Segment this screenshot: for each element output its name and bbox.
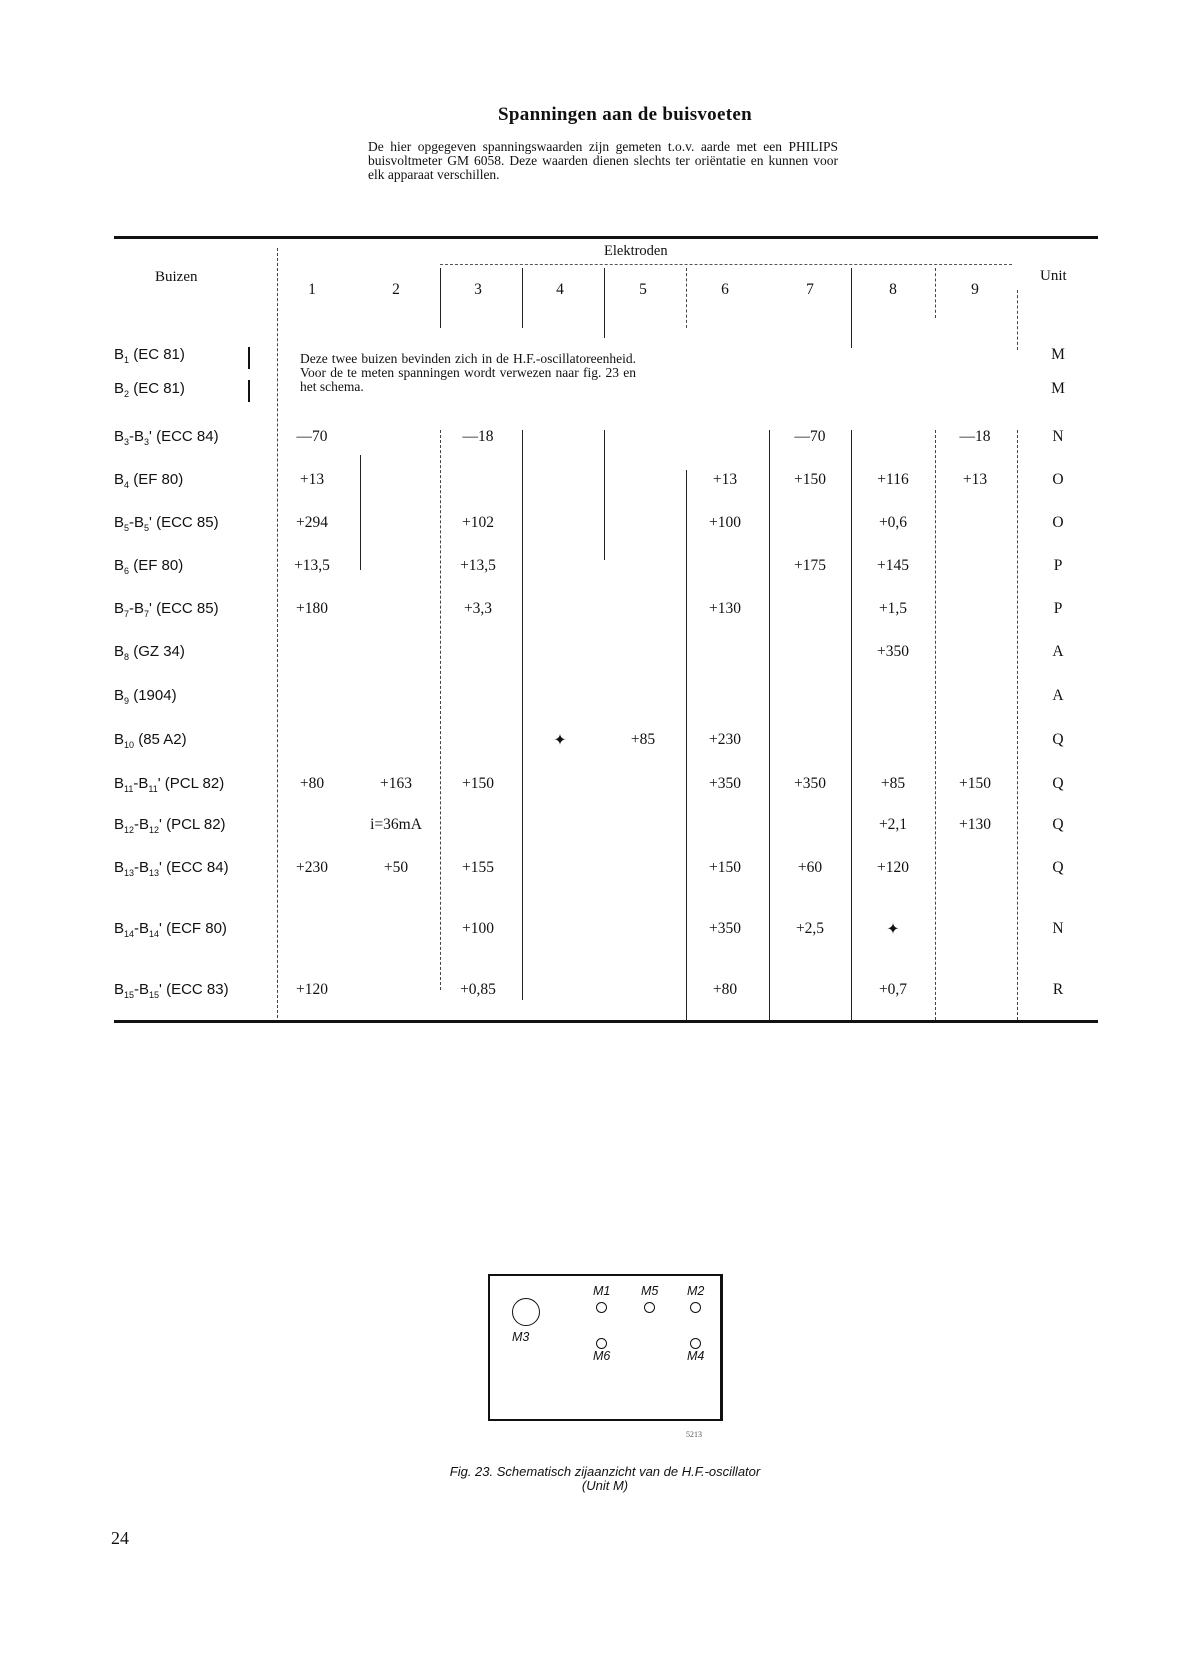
- tube-label: B6 (EF 80): [114, 557, 264, 576]
- voltage-cell: —18: [443, 428, 513, 446]
- body-col-sep: [935, 430, 936, 1020]
- unit-cell: P: [1030, 557, 1086, 575]
- unit-cell: Q: [1030, 775, 1086, 793]
- voltage-cell: +13,5: [443, 557, 513, 575]
- voltage-cell: +145: [858, 557, 928, 575]
- tube-label: B2 (EC 81): [114, 380, 264, 399]
- tube-label: B11-B11' (PCL 82): [114, 775, 264, 794]
- voltage-cell: +13: [277, 471, 347, 489]
- voltage-cell: +294: [277, 514, 347, 532]
- voltage-cell: +150: [443, 775, 513, 793]
- tube-label: B12-B12' (PCL 82): [114, 816, 264, 835]
- unit-cell: M: [1030, 346, 1086, 364]
- label-m3: M3: [512, 1330, 529, 1344]
- voltage-cell: +120: [858, 859, 928, 877]
- m3-socket: [512, 1298, 540, 1326]
- electrodes-divider: [440, 264, 1012, 265]
- oscillator-note: Deze twee buizen bevinden zich in de H.F…: [300, 352, 636, 394]
- col-sep: [522, 268, 523, 328]
- voltage-cell: +13,5: [277, 557, 347, 575]
- voltage-cell: +1,5: [858, 600, 928, 618]
- unit-cell: A: [1030, 643, 1086, 661]
- header-unit: Unit: [1040, 268, 1067, 285]
- voltage-cell: +150: [690, 859, 760, 877]
- tube-label: B10 (85 A2): [114, 731, 264, 750]
- body-col-sep: [360, 455, 361, 570]
- figure-caption: Fig. 23. Schematisch zijaanzicht van de …: [440, 1465, 770, 1493]
- unit-cell: O: [1030, 514, 1086, 532]
- header-tubes: Buizen: [155, 269, 198, 286]
- body-col-sep: [851, 430, 852, 1020]
- voltage-cell: +350: [690, 920, 760, 938]
- voltage-cell: +163: [361, 775, 431, 793]
- label-m1: M1: [593, 1284, 610, 1298]
- voltage-cell: +60: [775, 859, 845, 877]
- electrode-header-9: 9: [940, 281, 1010, 299]
- voltage-cell: +102: [443, 514, 513, 532]
- voltage-cell: +85: [608, 731, 678, 749]
- electrode-header-4: 4: [525, 281, 595, 299]
- voltage-cell: —70: [277, 428, 347, 446]
- voltage-cell: —70: [775, 428, 845, 446]
- voltage-cell: +130: [690, 600, 760, 618]
- voltage-cell: +350: [775, 775, 845, 793]
- unit-cell: R: [1030, 981, 1086, 999]
- tube-label: B9 (1904): [114, 687, 264, 706]
- unit-cell: N: [1030, 428, 1086, 446]
- m2-point: [690, 1302, 701, 1313]
- m1-point: [596, 1302, 607, 1313]
- voltage-cell: +230: [690, 731, 760, 749]
- voltage-cell: i=36mA: [361, 816, 431, 834]
- tube-label: B4 (EF 80): [114, 471, 264, 490]
- m4-point: [690, 1338, 701, 1349]
- label-m5: M5: [641, 1284, 658, 1298]
- voltage-cell: +0,7: [858, 981, 928, 999]
- voltage-cell: +13: [940, 471, 1010, 489]
- unit-cell: M: [1030, 380, 1086, 398]
- voltage-cell: +3,3: [443, 600, 513, 618]
- voltage-cell: +50: [361, 859, 431, 877]
- figure-code: 5213: [686, 1430, 702, 1439]
- voltage-cell: ✦: [858, 920, 928, 939]
- voltage-cell: +120: [277, 981, 347, 999]
- body-col-sep: [686, 470, 687, 1020]
- col-sep: [686, 268, 687, 328]
- voltage-cell: +0,6: [858, 514, 928, 532]
- voltage-cell: +80: [277, 775, 347, 793]
- col-sep: [604, 268, 605, 338]
- electrode-header-6: 6: [690, 281, 760, 299]
- header-electrodes: Elektroden: [604, 243, 668, 260]
- voltage-cell: +150: [940, 775, 1010, 793]
- tube-label: B14-B14' (ECF 80): [114, 920, 264, 939]
- label-m2: M2: [687, 1284, 704, 1298]
- tube-label: B3-B3' (ECC 84): [114, 428, 264, 447]
- voltage-cell: —18: [940, 428, 1010, 446]
- intro-text: De hier opgegeven spanningswaarden zijn …: [368, 140, 838, 182]
- table-top-rule: [114, 236, 1098, 239]
- voltage-cell: +350: [690, 775, 760, 793]
- voltage-cell: +116: [858, 471, 928, 489]
- label-m6: M6: [593, 1349, 610, 1363]
- intro-paragraph: De hier opgegeven spanningswaarden zijn …: [368, 140, 838, 182]
- unit-cell: Q: [1030, 731, 1086, 749]
- electrode-header-1: 1: [277, 281, 347, 299]
- voltage-cell: +100: [690, 514, 760, 532]
- voltage-cell: +155: [443, 859, 513, 877]
- electrode-header-2: 2: [361, 281, 431, 299]
- voltage-cell: +85: [858, 775, 928, 793]
- voltage-cell: +13: [690, 471, 760, 489]
- tube-label: B5-B5' (ECC 85): [114, 514, 264, 533]
- voltage-cell: +350: [858, 643, 928, 661]
- voltage-cell: +2,5: [775, 920, 845, 938]
- oscillator-diagram: M3 M1 M5 M2 M6 M4: [488, 1274, 723, 1421]
- voltage-cell: +0,85: [443, 981, 513, 999]
- body-col-sep: [440, 430, 441, 990]
- voltage-cell: +175: [775, 557, 845, 575]
- tube-label: B7-B7' (ECC 85): [114, 600, 264, 619]
- col-sep: [1017, 290, 1018, 350]
- col-sep: [851, 268, 852, 348]
- unit-cell: A: [1030, 687, 1086, 705]
- col-sep: [935, 268, 936, 318]
- voltage-cell: +100: [443, 920, 513, 938]
- electrode-header-7: 7: [775, 281, 845, 299]
- tube-column-separator: [277, 248, 278, 1018]
- voltage-cell: +230: [277, 859, 347, 877]
- unit-cell: N: [1030, 920, 1086, 938]
- unit-cell: O: [1030, 471, 1086, 489]
- voltage-cell: +2,1: [858, 816, 928, 834]
- electrode-header-5: 5: [608, 281, 678, 299]
- body-col-sep: [769, 430, 770, 1020]
- body-col-sep: [522, 430, 523, 1000]
- body-col-sep: [1017, 430, 1018, 1020]
- electrode-header-3: 3: [443, 281, 513, 299]
- voltage-cell: +80: [690, 981, 760, 999]
- voltage-cell: +130: [940, 816, 1010, 834]
- voltage-cell: +150: [775, 471, 845, 489]
- electrode-header-8: 8: [858, 281, 928, 299]
- voltage-cell: +180: [277, 600, 347, 618]
- table-bottom-rule: [114, 1020, 1098, 1023]
- page-number: 24: [111, 1528, 129, 1549]
- body-col-sep: [604, 430, 605, 560]
- label-m4: M4: [687, 1349, 704, 1363]
- col-sep: [440, 268, 441, 328]
- m5-point: [644, 1302, 655, 1313]
- page-title: Spanningen aan de buisvoeten: [0, 104, 1190, 126]
- unit-cell: P: [1030, 600, 1086, 618]
- voltage-cell: ✦: [525, 731, 595, 750]
- m6-point: [596, 1338, 607, 1349]
- tube-label: B8 (GZ 34): [114, 643, 264, 662]
- tube-label: B1 (EC 81): [114, 346, 264, 365]
- tube-label: B15-B15' (ECC 83): [114, 981, 264, 1000]
- tube-label: B13-B13' (ECC 84): [114, 859, 264, 878]
- unit-cell: Q: [1030, 859, 1086, 877]
- unit-cell: Q: [1030, 816, 1086, 834]
